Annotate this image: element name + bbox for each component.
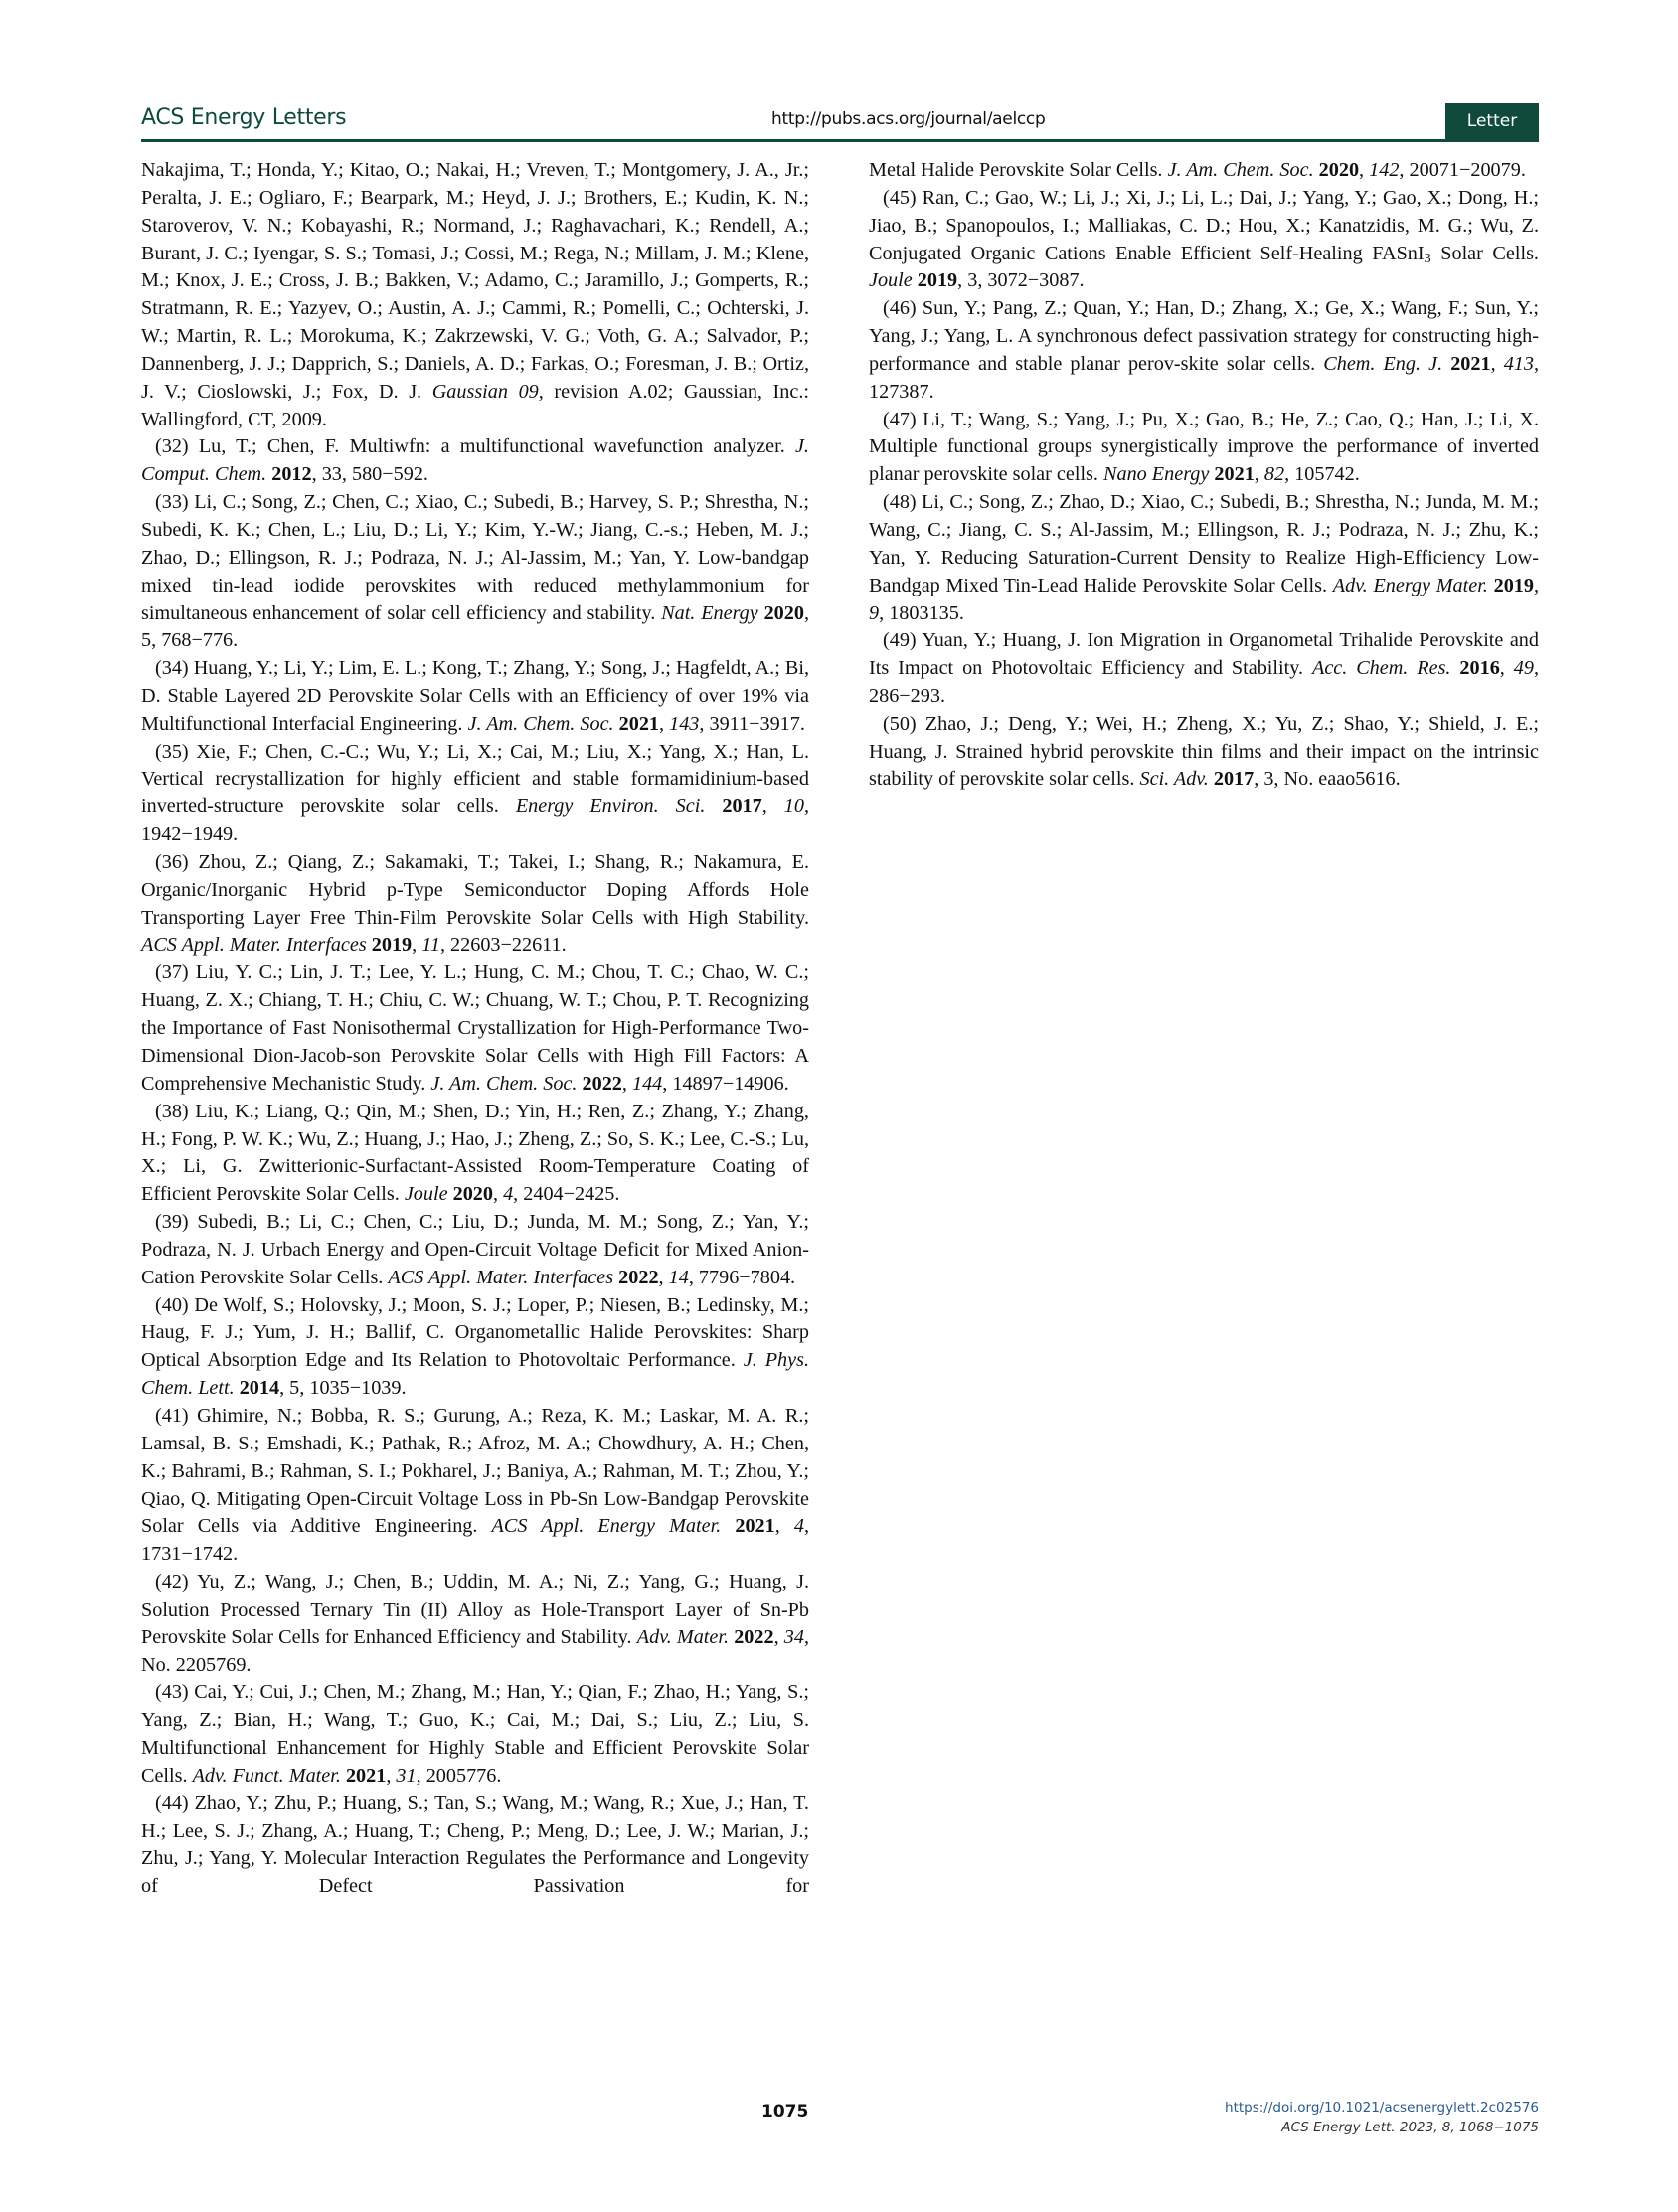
reference-entry: (48) Li, C.; Song, Z.; Zhao, D.; Xiao, C… <box>869 489 1539 627</box>
reference-authors: De Wolf, S.; Holovsky, J.; Moon, S. J.; … <box>141 1294 809 1344</box>
reference-authors: Yuan, Y.; Huang, J. <box>922 629 1081 651</box>
reference-journal: J. Am. Chem. Soc. <box>430 1073 577 1095</box>
reference-entry: (45) Ran, C.; Gao, W.; Li, J.; Xi, J.; L… <box>869 185 1539 295</box>
reference-number: (48) <box>883 491 922 513</box>
reference-entry: (38) Liu, K.; Liang, Q.; Qin, M.; Shen, … <box>141 1099 809 1209</box>
reference-volume: 49 <box>1514 657 1534 679</box>
reference-volume: 3 <box>1263 768 1273 790</box>
journal-url-link[interactable]: http://pubs.acs.org/journal/aelccp <box>771 109 1045 129</box>
reference-entry: Metal Halide Perovskite Solar Cells. J. … <box>869 157 1539 185</box>
reference-volume: 142 <box>1369 159 1399 181</box>
reference-journal: Adv. Energy Mater. <box>1333 575 1488 596</box>
reference-authors: Yu, Z.; Wang, J.; Chen, B.; Uddin, M. A.… <box>197 1571 809 1593</box>
reference-authors: Ghimire, N.; Bobba, R. S.; Gurung, A.; R… <box>141 1405 809 1510</box>
reference-year: 2019 <box>372 935 412 956</box>
reference-authors: Cai, Y.; Cui, J.; Chen, M.; Zhang, M.; H… <box>141 1681 809 1731</box>
reference-number: (43) <box>155 1681 194 1703</box>
reference-volume: 4 <box>503 1183 513 1205</box>
doi-link[interactable]: https://doi.org/10.1021/acsenergylett.2c… <box>1225 2100 1539 2116</box>
reference-authors: Liu, K.; Liang, Q.; Qin, M.; Shen, D.; Y… <box>141 1101 809 1178</box>
reference-entry: (43) Cai, Y.; Cui, J.; Chen, M.; Zhang, … <box>141 1679 809 1789</box>
reference-volume: 143 <box>669 713 699 735</box>
reference-number: (40) <box>155 1294 194 1316</box>
reference-journal: Gaussian 09 <box>432 381 539 403</box>
reference-entry: (32) Lu, T.; Chen, F. Multiwfn: a multif… <box>141 433 809 489</box>
reference-journal: ACS Appl. Mater. Interfaces <box>388 1267 613 1288</box>
reference-year: 2014 <box>240 1377 279 1399</box>
reference-journal: Nano Energy <box>1103 463 1209 485</box>
reference-year: 2019 <box>1494 575 1534 596</box>
journal-title: ACS Energy Letters <box>141 105 346 130</box>
reference-authors: Ran, C.; Gao, W.; Li, J.; Xi, J.; Li, L.… <box>869 187 1539 237</box>
citation-line: ACS Energy Lett. 2023, 8, 1068−1075 <box>1281 2120 1539 2135</box>
reference-journal: Nat. Energy <box>661 602 758 624</box>
reference-number: (38) <box>155 1101 195 1122</box>
reference-volume: 82 <box>1264 463 1284 485</box>
reference-authors: Subedi, B.; Li, C.; Chen, C.; Liu, D.; J… <box>141 1211 809 1261</box>
reference-entry: (40) De Wolf, S.; Holovsky, J.; Moon, S.… <box>141 1292 809 1403</box>
reference-journal: Adv. Mater. <box>637 1626 729 1648</box>
reference-authors: Li, T.; Wang, S.; Yang, J.; Pu, X.; Gao,… <box>923 409 1539 430</box>
reference-number: (32) <box>155 435 199 457</box>
reference-volume: 144 <box>632 1073 662 1095</box>
reference-authors: Zhao, Y.; Zhu, P.; Huang, S.; Tan, S.; W… <box>141 1792 809 1870</box>
reference-number: (33) <box>155 491 194 513</box>
reference-number: (42) <box>155 1571 197 1593</box>
reference-number: (47) <box>883 409 923 430</box>
reference-year: 2021 <box>1450 353 1490 375</box>
reference-authors: Huang, Y.; Li, Y.; Lim, E. L.; Kong, T.;… <box>141 657 809 707</box>
reference-number: (35) <box>155 741 196 763</box>
reference-authors: Liu, Y. C.; Lin, J. T.; Lee, Y. L.; Hung… <box>141 961 809 1011</box>
reference-volume: 5 <box>141 629 151 651</box>
reference-year: 2022 <box>734 1626 773 1648</box>
reference-entry: (34) Huang, Y.; Li, Y.; Lim, E. L.; Kong… <box>141 655 809 739</box>
reference-volume: 14 <box>669 1267 689 1288</box>
reference-journal: J. Am. Chem. Soc. <box>468 713 614 735</box>
reference-authors: Xie, F.; Chen, C.-C.; Wu, Y.; Li, X.; Ca… <box>196 741 809 763</box>
reference-journal: Joule <box>405 1183 448 1205</box>
reference-year: 2022 <box>618 1267 658 1288</box>
reference-authors: Zhou, Z.; Qiang, Z.; Sakamaki, T.; Takei… <box>198 851 809 873</box>
reference-journal: J. Am. Chem. Soc. <box>1168 159 1314 181</box>
reference-number: (39) <box>155 1211 197 1233</box>
reference-journal: ACS Appl. Mater. Interfaces <box>141 935 367 956</box>
reference-entry: (49) Yuan, Y.; Huang, J. Ion Migration i… <box>869 627 1539 711</box>
reference-year: 2021 <box>346 1765 386 1787</box>
article-type-badge: Letter <box>1445 103 1539 139</box>
reference-year: 2016 <box>1459 657 1499 679</box>
reference-volume: 11 <box>421 935 440 956</box>
reference-year: 2017 <box>1214 768 1254 790</box>
reference-journal: Adv. Funct. Mater. <box>193 1765 341 1787</box>
reference-year: 2020 <box>453 1183 493 1205</box>
reference-authors: Sun, Y.; Pang, Z.; Quan, Y.; Han, D.; Zh… <box>869 297 1539 347</box>
reference-entry: (36) Zhou, Z.; Qiang, Z.; Sakamaki, T.; … <box>141 849 809 959</box>
reference-authors: Lu, T.; Chen, F. <box>199 435 340 457</box>
reference-volume: 33 <box>322 463 342 485</box>
reference-year: 2017 <box>722 795 761 817</box>
reference-year: 2019 <box>918 269 957 291</box>
reference-volume: 34 <box>784 1626 804 1648</box>
reference-entry: (47) Li, T.; Wang, S.; Yang, J.; Pu, X.;… <box>869 407 1539 490</box>
reference-entry: (39) Subedi, B.; Li, C.; Chen, C.; Liu, … <box>141 1209 809 1292</box>
reference-authors: Zhao, J.; Deng, Y.; Wei, H.; Zheng, X.; … <box>869 713 1539 763</box>
reference-entry: (46) Sun, Y.; Pang, Z.; Quan, Y.; Han, D… <box>869 295 1539 406</box>
reference-number: (45) <box>883 187 923 209</box>
reference-authors: Nakajima, T.; Honda, Y.; Kitao, O.; Naka… <box>141 159 809 403</box>
reference-number: (49) <box>883 629 922 651</box>
reference-entry: (41) Ghimire, N.; Bobba, R. S.; Gurung, … <box>141 1403 809 1569</box>
reference-entry: (42) Yu, Z.; Wang, J.; Chen, B.; Uddin, … <box>141 1569 809 1679</box>
reference-year: 2021 <box>619 713 659 735</box>
reference-entry: (50) Zhao, J.; Deng, Y.; Wei, H.; Zheng,… <box>869 711 1539 794</box>
reference-volume: 10 <box>784 795 804 817</box>
reference-volume: 9 <box>869 602 879 624</box>
reference-year: 2021 <box>735 1515 774 1537</box>
reference-year: 2021 <box>1214 463 1254 485</box>
reference-journal: Chem. Eng. J. <box>1323 353 1442 375</box>
reference-volume: 31 <box>396 1765 416 1787</box>
page-number: 1075 <box>761 2102 808 2122</box>
reference-authors: Li, C.; Song, Z.; Zhao, D.; Xiao, C.; Su… <box>869 491 1539 569</box>
reference-number: (34) <box>155 657 194 679</box>
reference-volume: 3 <box>967 269 977 291</box>
reference-entry: (33) Li, C.; Song, Z.; Chen, C.; Xiao, C… <box>141 489 809 655</box>
reference-entry: (44) Zhao, Y.; Zhu, P.; Huang, S.; Tan, … <box>141 1790 809 1901</box>
reference-number: (44) <box>155 1792 195 1814</box>
reference-entry: (37) Liu, Y. C.; Lin, J. T.; Lee, Y. L.;… <box>141 959 809 1098</box>
reference-year: 2020 <box>764 602 804 624</box>
reference-journal: ACS Appl. Energy Mater. <box>492 1515 722 1537</box>
reference-journal: Acc. Chem. Res. <box>1312 657 1451 679</box>
reference-entry: Nakajima, T.; Honda, Y.; Kitao, O.; Naka… <box>141 157 809 433</box>
references-right-column: Metal Halide Perovskite Solar Cells. J. … <box>869 157 1539 793</box>
reference-entry: (35) Xie, F.; Chen, C.-C.; Wu, Y.; Li, X… <box>141 739 809 849</box>
page-header: ACS Energy Letters http://pubs.acs.org/j… <box>141 105 1539 142</box>
reference-number: (46) <box>883 297 923 319</box>
reference-number: (41) <box>155 1405 197 1427</box>
reference-authors: Li, C.; Song, Z.; Chen, C.; Xiao, C.; Su… <box>141 491 809 569</box>
reference-journal: Sci. Adv. <box>1139 768 1208 790</box>
reference-journal: Joule <box>869 269 913 291</box>
reference-volume: 413 <box>1504 353 1534 375</box>
reference-journal: Energy Environ. Sci. <box>516 795 706 817</box>
reference-number: (50) <box>883 713 925 735</box>
reference-volume: 5 <box>289 1377 299 1399</box>
reference-year: 2020 <box>1319 159 1359 181</box>
reference-volume: 4 <box>794 1515 804 1537</box>
reference-number: (36) <box>155 851 198 873</box>
reference-number: (37) <box>155 961 196 983</box>
references-left-column: Nakajima, T.; Honda, Y.; Kitao, O.; Naka… <box>141 157 809 1901</box>
reference-year: 2012 <box>271 463 311 485</box>
reference-year: 2022 <box>583 1073 622 1095</box>
